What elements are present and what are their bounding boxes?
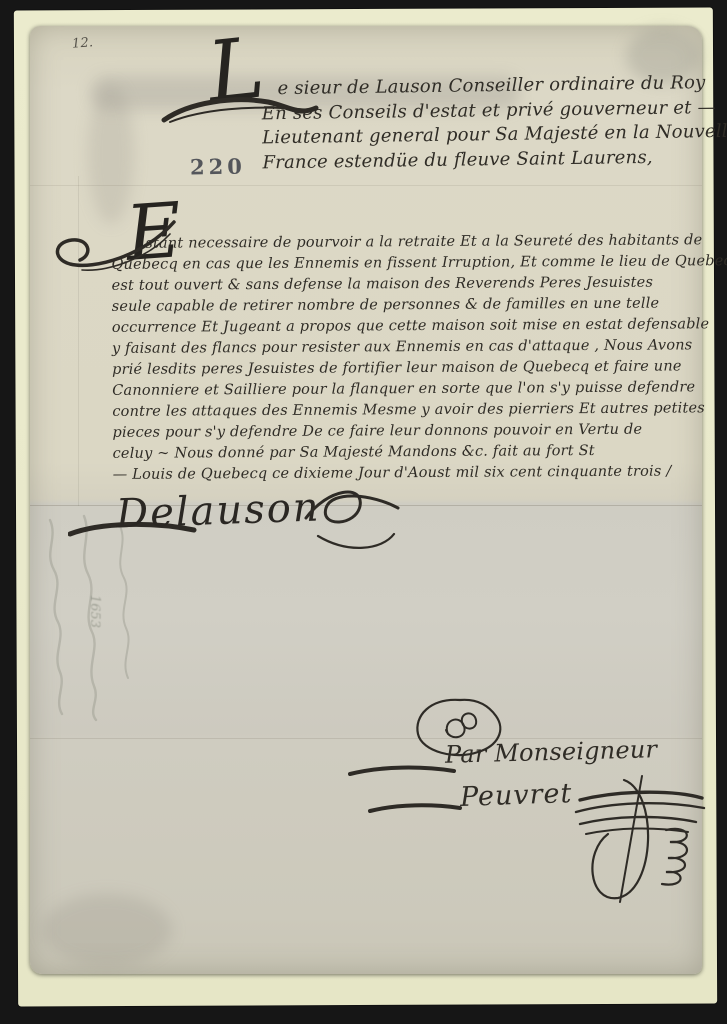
body-line: — Louis de Quebecq ce dixieme Jour d'Aou… [113, 461, 727, 486]
by-line-lead-dash [348, 764, 458, 780]
bottom-left-stain [42, 894, 172, 966]
showthrough-squiggles [32, 512, 150, 722]
photo-background: 1653 12. 220 L e sieur de Lauson Conseil… [0, 0, 727, 1024]
faint-marginalia-year: 1653 [87, 595, 102, 628]
corner-note: 12. [72, 35, 94, 51]
secretary-paraph-scribble [562, 774, 714, 906]
secretary-lead-dash [368, 802, 464, 816]
body-block: stant necessaire de pourvoir a la retrai… [111, 230, 727, 486]
by-line: Par Monseigneur [445, 735, 658, 769]
fold-line-upper [30, 185, 702, 186]
header-line: France estendüe du fleuve Saint Laurens, [262, 144, 727, 175]
header-drop-initial: L [204, 25, 268, 114]
manuscript-page: 1653 12. 220 L e sieur de Lauson Conseil… [30, 26, 702, 974]
showthrough-writing: 1653 [32, 512, 150, 722]
vertical-crease [78, 176, 79, 506]
archive-stamp-number: 220 [190, 154, 246, 180]
secretary-signature: Peuvret [459, 778, 572, 813]
governor-signature: Delauson [115, 484, 321, 537]
header-block: e sieur de Lauson Conseiller ordinaire d… [261, 71, 727, 176]
